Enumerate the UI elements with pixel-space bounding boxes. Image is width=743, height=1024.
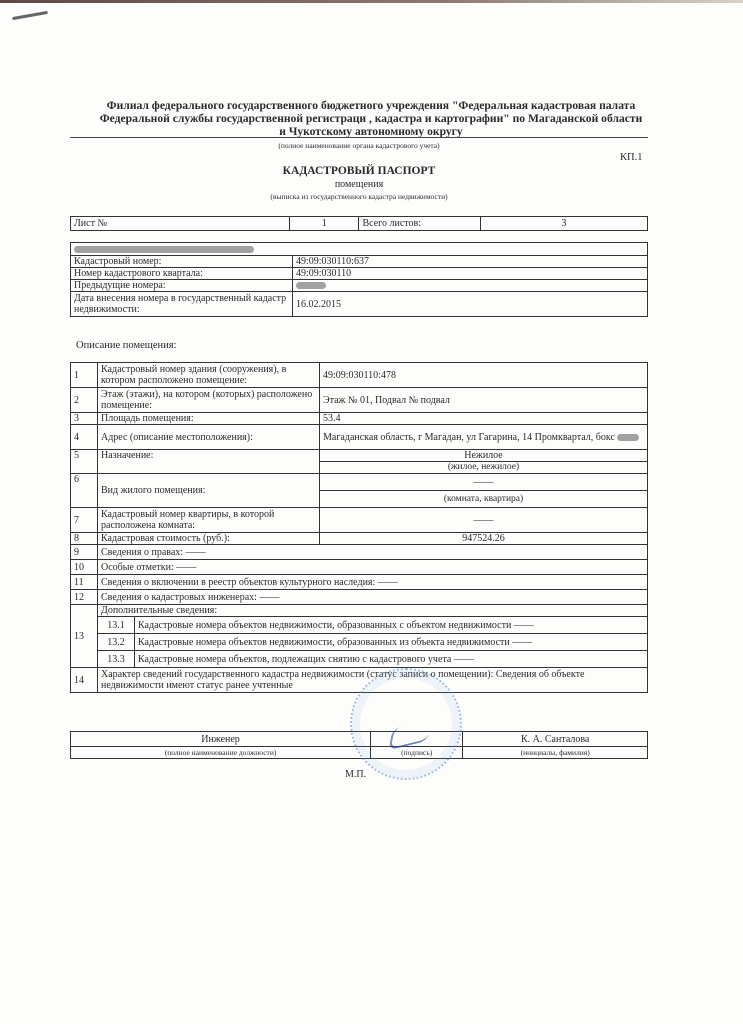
total-sheets-label: Всего листов:	[359, 217, 480, 231]
sub-number: 13.1	[98, 617, 135, 633]
cadastral-info-table: Кадастровый номер: 49:09:030110:637 Номе…	[70, 242, 648, 317]
record-status: Характер сведений государственного кадас…	[98, 668, 648, 693]
sheet-table: Лист № 1 Всего листов: 3	[70, 216, 648, 231]
row-number: 14	[71, 668, 98, 693]
row-number: 9	[71, 545, 98, 560]
signature-field	[371, 732, 463, 747]
row-label: Вид жилого помещения:	[98, 474, 320, 508]
row-label: Назначение:	[98, 450, 320, 474]
cadastral-value: 947524.26	[320, 533, 648, 545]
floor-value: Этаж № 01, Подвал № подвал	[320, 388, 648, 413]
row-number: 3	[71, 413, 98, 425]
subtable: 13.1 Кадастровые номера объектов недвижи…	[98, 617, 647, 633]
sub-number: 13.3	[98, 651, 135, 667]
signer-position: Инженер	[71, 732, 371, 747]
organization-name: Филиал федерального государственного бюд…	[80, 99, 662, 138]
organization-caption: (полное наименование органа кадастрового…	[70, 141, 648, 150]
redaction-mark	[74, 246, 254, 253]
redaction-mark	[617, 434, 639, 441]
sheet-number: 1	[290, 217, 359, 231]
pen-mark	[12, 11, 48, 20]
row-number: 4	[71, 425, 98, 450]
subtable: 13.3 Кадастровые номера объектов, подлеж…	[98, 651, 647, 667]
row-number: 7	[71, 508, 98, 533]
signature-caption: (подпись)	[371, 747, 463, 759]
row-label: Адрес (описание местоположения):	[98, 425, 320, 450]
info-label: Дата внесения номера в государственный к…	[71, 292, 293, 317]
row-number: 2	[71, 388, 98, 413]
rights-info: Сведения о правах: ——	[98, 545, 648, 560]
document-title: КАДАСТРОВЫЙ ПАСПОРТ	[70, 165, 648, 177]
sub-label: Кадастровые номера объектов недвижимости…	[135, 634, 648, 650]
row-number: 10	[71, 560, 98, 575]
info-label: Предыдущие номера:	[71, 280, 293, 292]
document-subtitle: помещения	[70, 179, 648, 190]
subrow-13-3: 13.3 Кадастровые номера объектов, подлеж…	[98, 651, 648, 668]
area-value: 53.4	[320, 413, 648, 425]
row-number: 1	[71, 363, 98, 388]
row-number: 8	[71, 533, 98, 545]
redaction-mark	[296, 282, 326, 289]
cadastral-number: 49:09:030110:637	[293, 256, 648, 268]
row-label: Площадь помещения:	[98, 413, 320, 425]
purpose-value: Нежилое	[320, 450, 648, 462]
row-label: Кадастровая стоимость (руб.):	[98, 533, 320, 545]
sub-number: 13.2	[98, 634, 135, 650]
row-number: 13	[71, 605, 98, 668]
name-caption: (инициалы, фамилия)	[463, 747, 648, 759]
org-line-2: Федеральной службы государственной регис…	[80, 112, 662, 125]
quarter-number: 49:09:030110	[293, 268, 648, 280]
apartment-number-value: ——	[320, 508, 648, 533]
seal-place-label: М.П.	[345, 769, 366, 780]
sub-label: Кадастровые номера объектов, подлежащих …	[135, 651, 648, 667]
purpose-caption: (жилое, нежилое)	[320, 462, 648, 474]
row-label: Кадастровый номер квартиры, в которой ра…	[98, 508, 320, 533]
subrow-13-1: 13.1 Кадастровые номера объектов недвижи…	[98, 617, 648, 634]
document-subcaption: (выписка из государственного кадастра не…	[70, 192, 648, 201]
subtable: 13.2 Кадастровые номера объектов недвижи…	[98, 634, 647, 650]
special-notes: Особые отметки: ——	[98, 560, 648, 575]
row-number: 6	[71, 474, 98, 508]
redacted-date-row	[71, 243, 648, 256]
address-text: Магаданская область, г Магадан, ул Гагар…	[323, 432, 615, 443]
row-label: Кадастровый номер здания (сооружения), в…	[98, 363, 320, 388]
cultural-heritage-info: Сведения о включении в реестр объектов к…	[98, 575, 648, 590]
subrow-13-2: 13.2 Кадастровые номера объектов недвижи…	[98, 634, 648, 651]
cadastral-engineers-info: Сведения о кадастровых инженерах: ——	[98, 590, 648, 605]
info-label: Кадастровый номер:	[71, 256, 293, 268]
form-code: КП.1	[620, 152, 642, 163]
row-number: 12	[71, 590, 98, 605]
living-type-caption: (комната, квартира)	[320, 491, 648, 508]
additional-info-label: Дополнительные сведения:	[98, 605, 648, 617]
sub-label: Кадастровые номера объектов недвижимости…	[135, 617, 648, 633]
total-sheets-value: 3	[480, 217, 647, 231]
description-table: 1 Кадастровый номер здания (сооружения),…	[70, 362, 648, 693]
address-value: Магаданская область, г Магадан, ул Гагар…	[320, 425, 648, 450]
signer-name: К. А. Санталова	[463, 732, 648, 747]
scan-edge	[0, 0, 743, 3]
previous-numbers	[293, 280, 648, 292]
sheet-label: Лист №	[71, 217, 290, 231]
description-heading: Описание помещения:	[76, 340, 177, 351]
org-line-1: Филиал федерального государственного бюд…	[80, 99, 662, 112]
living-type-value: ——	[320, 474, 648, 491]
info-label: Номер кадастрового квартала:	[71, 268, 293, 280]
row-number: 11	[71, 575, 98, 590]
divider	[70, 137, 648, 138]
row-number: 5	[71, 450, 98, 474]
building-cadastral-number: 49:09:030110:478	[320, 363, 648, 388]
row-label: Этаж (этажи), на котором (которых) распо…	[98, 388, 320, 413]
registration-date: 16.02.2015	[293, 292, 648, 317]
position-caption: (полное наименование должности)	[71, 747, 371, 759]
signature-table: Инженер К. А. Санталова (полное наименов…	[70, 731, 648, 759]
